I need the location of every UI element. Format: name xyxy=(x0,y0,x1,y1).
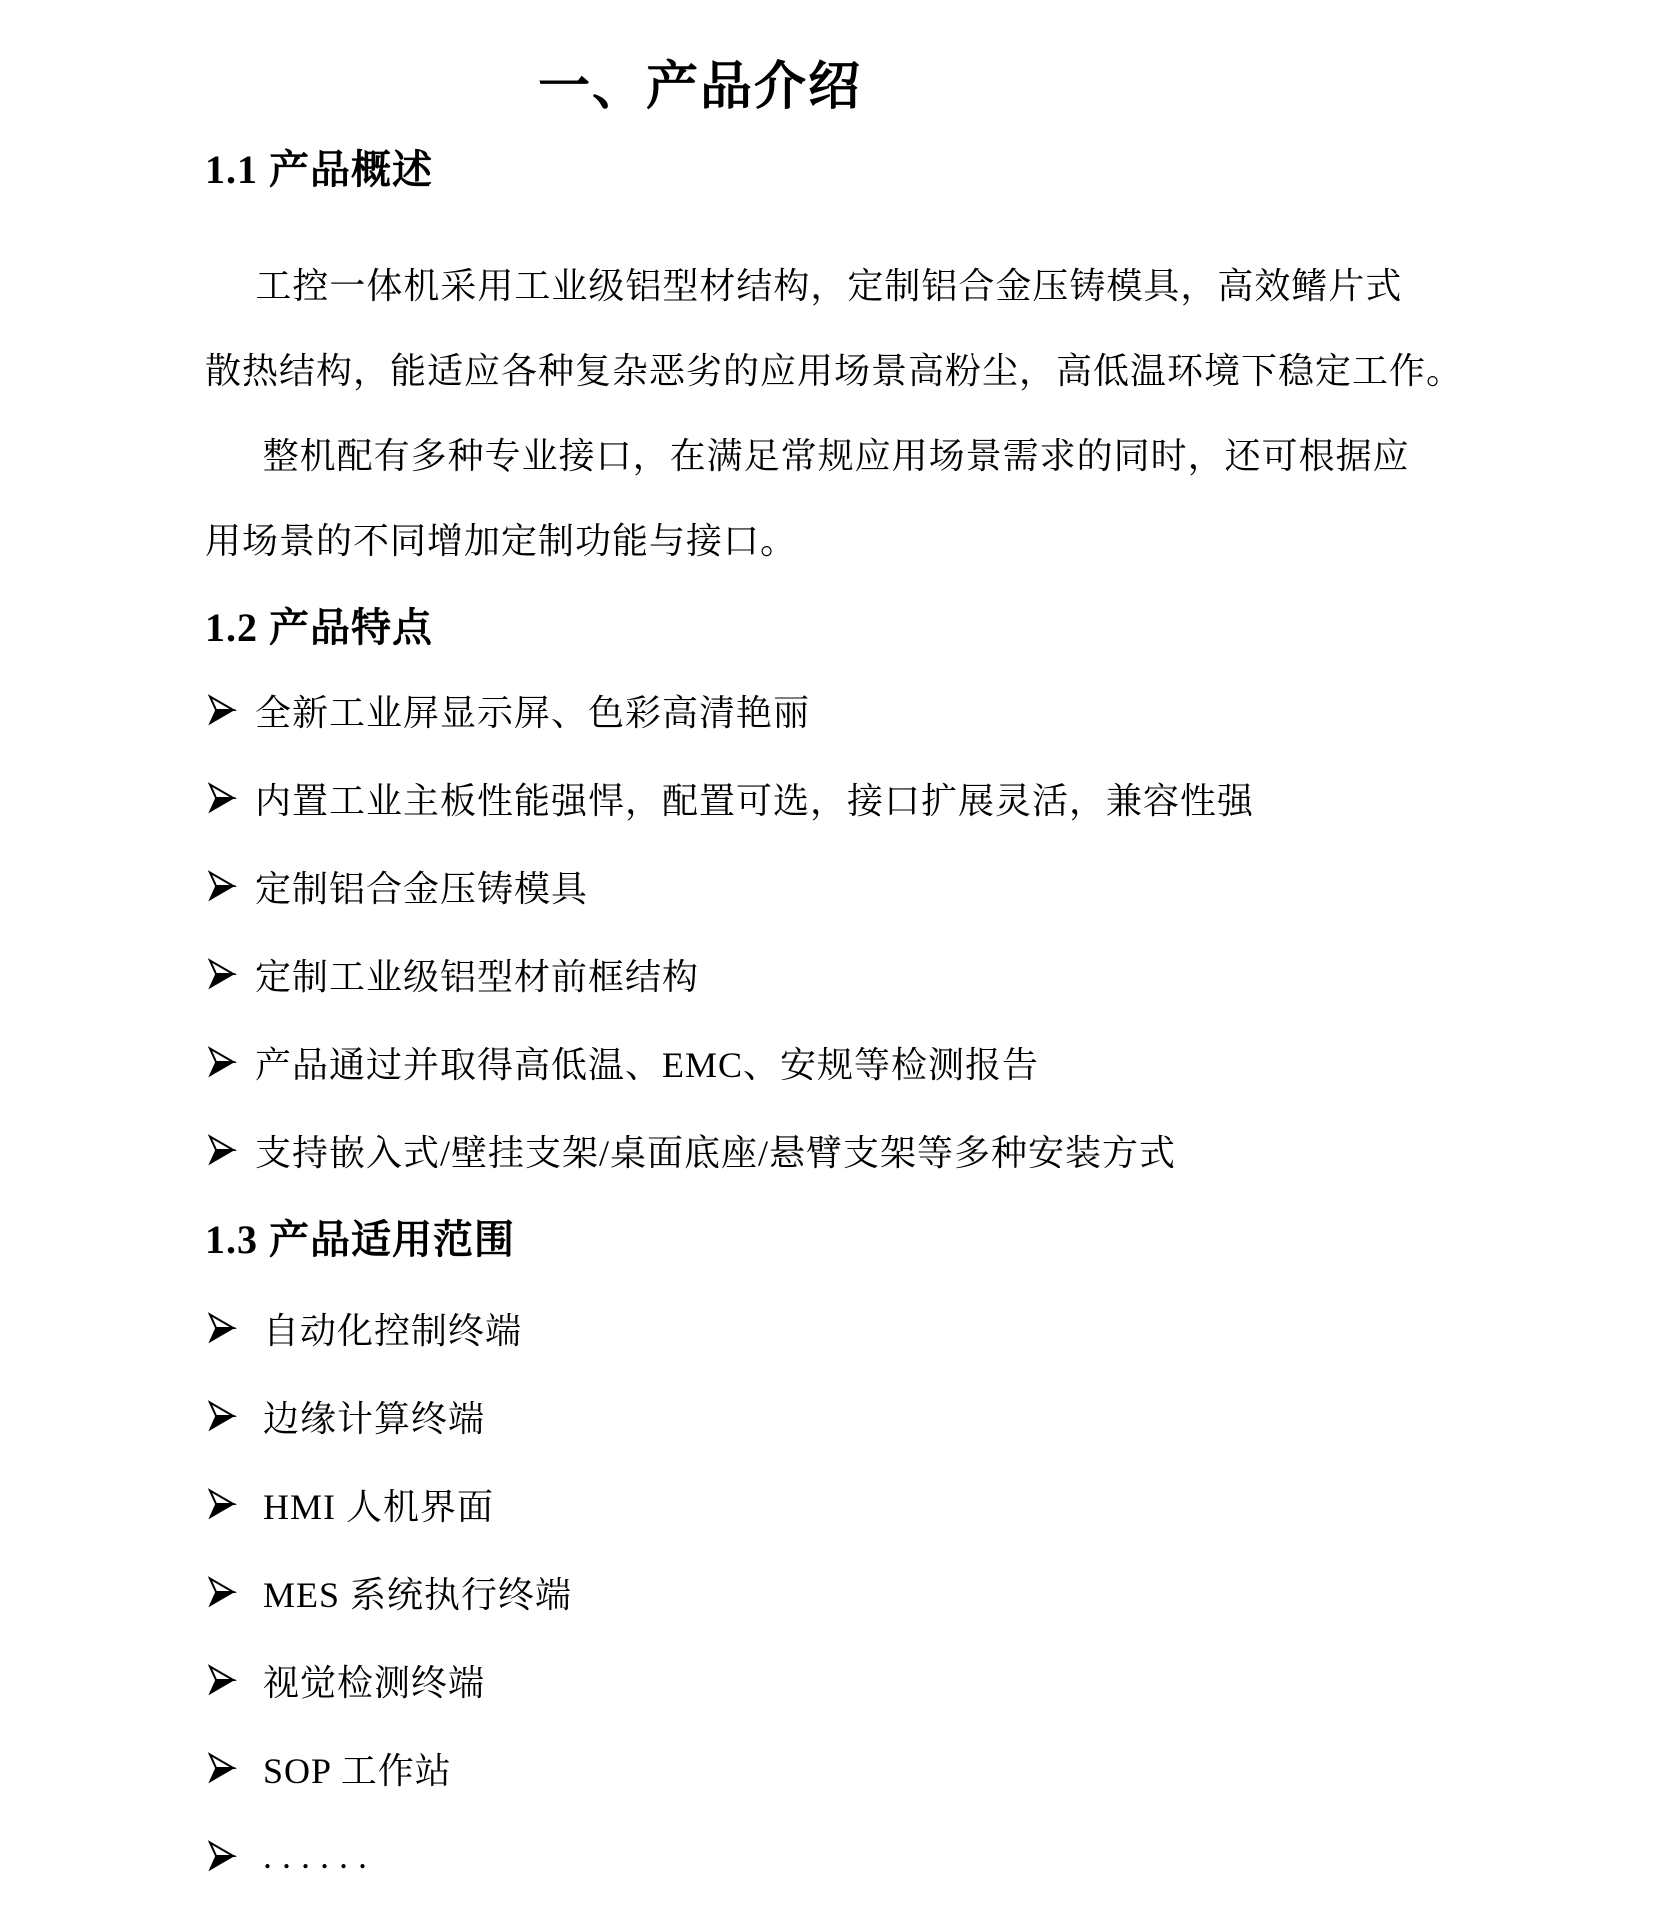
arrow-bullet-icon xyxy=(205,1399,237,1433)
document-page: 一、产品介绍 1.1 产品概述 工控一体机采用工业级铝型材结构，定制铝合金压铸模… xyxy=(0,0,1654,1919)
list-item: 视觉检测终端 xyxy=(205,1654,1345,1706)
list-item: 定制工业级铝型材前框结构 xyxy=(205,948,1345,1000)
arrow-bullet-icon xyxy=(205,1311,237,1345)
list-item-label: 边缘计算终端 xyxy=(263,1391,485,1442)
list-item-label: 支持嵌入式/壁挂支架/桌面底座/悬臂支架等多种安装方式 xyxy=(255,1125,1176,1176)
list-item-label: 内置工业主板性能强悍，配置可选，接口扩展灵活，兼容性强 xyxy=(255,773,1254,824)
list-item: 内置工业主板性能强悍，配置可选，接口扩展灵活，兼容性强 xyxy=(205,772,1345,824)
list-item: 支持嵌入式/壁挂支架/桌面底座/悬臂支架等多种安装方式 xyxy=(205,1124,1345,1176)
list-item: 定制铝合金压铸模具 xyxy=(205,860,1345,912)
list-item-label: 定制铝合金压铸模具 xyxy=(255,861,588,912)
arrow-bullet-icon xyxy=(205,957,237,991)
arrow-bullet-icon xyxy=(205,1839,237,1873)
section-1-1-body: 工控一体机采用工业级铝型材结构，定制铝合金压铸模具，高效鳍片式 散热结构，能适应… xyxy=(205,244,1345,584)
list-item-label: HMI 人机界面 xyxy=(263,1479,494,1530)
arrow-bullet-icon xyxy=(205,1045,237,1079)
list-item-label: 全新工业屏显示屏、色彩高清艳丽 xyxy=(255,685,810,736)
list-item: ...... xyxy=(205,1830,1345,1882)
applications-list: 自动化控制终端 边缘计算终端 HMI 人机界面 MES 系统执行终端 xyxy=(205,1302,1345,1882)
list-item: 边缘计算终端 xyxy=(205,1390,1345,1442)
list-item-label: 自动化控制终端 xyxy=(263,1303,522,1354)
arrow-bullet-icon xyxy=(205,1133,237,1167)
section-heading-1-3: 1.3 产品适用范围 xyxy=(205,1212,1345,1268)
section-heading-1-1: 1.1 产品概述 xyxy=(205,142,1345,198)
arrow-bullet-icon xyxy=(205,1751,237,1785)
list-item-label: 产品通过并取得高低温、EMC、安规等检测报告 xyxy=(255,1037,1039,1088)
section-heading-1-2: 1.2 产品特点 xyxy=(205,600,1345,656)
document-title: 一、产品介绍 xyxy=(55,52,1345,124)
list-item-label: MES 系统执行终端 xyxy=(263,1567,572,1618)
arrow-bullet-icon xyxy=(205,781,237,815)
list-item: HMI 人机界面 xyxy=(205,1478,1345,1530)
arrow-bullet-icon xyxy=(205,1575,237,1609)
features-list: 全新工业屏显示屏、色彩高清艳丽 内置工业主板性能强悍，配置可选，接口扩展灵活，兼… xyxy=(205,684,1345,1176)
list-item: 全新工业屏显示屏、色彩高清艳丽 xyxy=(205,684,1345,736)
list-item: MES 系统执行终端 xyxy=(205,1566,1345,1618)
list-item: SOP 工作站 xyxy=(205,1742,1345,1794)
paragraph-line: 整机配有多种专业接口，在满足常规应用场景需求的同时，还可根据应 xyxy=(205,414,1345,499)
list-item: 自动化控制终端 xyxy=(205,1302,1345,1354)
arrow-bullet-icon xyxy=(205,869,237,903)
list-item-label: SOP 工作站 xyxy=(263,1743,452,1794)
list-item-label: 视觉检测终端 xyxy=(263,1655,485,1706)
list-item: 产品通过并取得高低温、EMC、安规等检测报告 xyxy=(205,1036,1345,1088)
list-item-label: ...... xyxy=(263,1835,377,1877)
paragraph-line: 工控一体机采用工业级铝型材结构，定制铝合金压铸模具，高效鳍片式 xyxy=(205,244,1345,329)
paragraph-line: 散热结构，能适应各种复杂恶劣的应用场景高粉尘，高低温环境下稳定工作。 xyxy=(205,329,1345,414)
arrow-bullet-icon xyxy=(205,693,237,727)
arrow-bullet-icon xyxy=(205,1487,237,1521)
list-item-label: 定制工业级铝型材前框结构 xyxy=(255,949,699,1000)
arrow-bullet-icon xyxy=(205,1663,237,1697)
paragraph-line: 用场景的不同增加定制功能与接口。 xyxy=(205,499,1345,584)
